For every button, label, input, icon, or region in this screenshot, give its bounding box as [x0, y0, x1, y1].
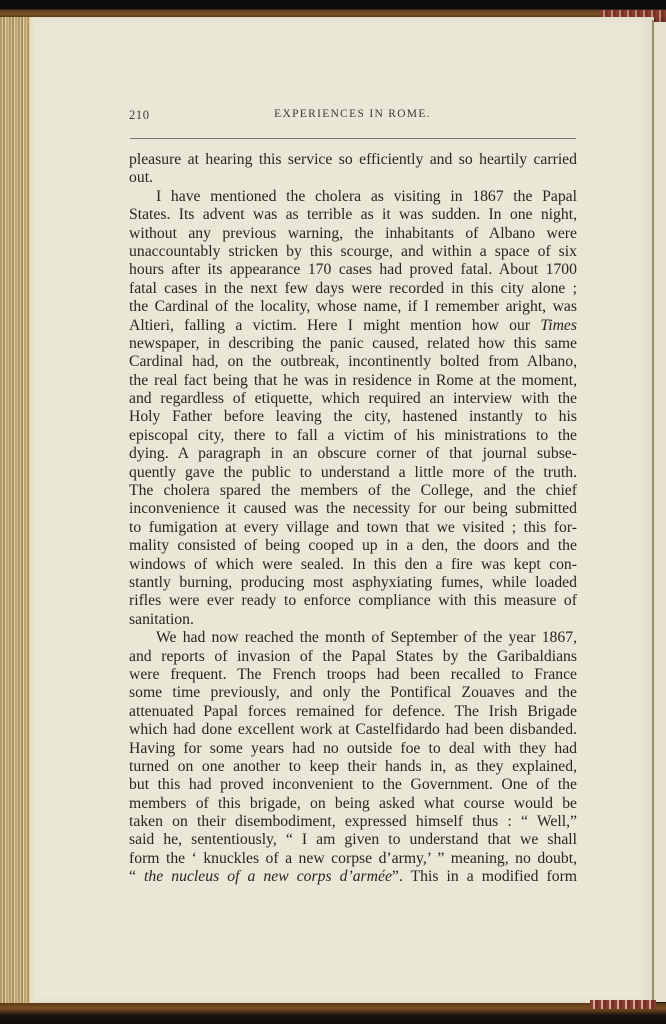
text-line-content: States. Its advent was as terrible as it… — [129, 206, 577, 223]
text-line-content: which had done excellent work at Castelf… — [129, 721, 577, 738]
text-line-content: turned on one another to keep their hand… — [129, 758, 577, 775]
text-line: but this had proved inconvenient to the … — [129, 776, 577, 794]
text-line: unaccountably stricken by this scourge, … — [129, 243, 577, 261]
text-line: and regardless of etiquette, which requi… — [129, 390, 577, 408]
text-line: rifles were ever ready to enforce compli… — [129, 592, 577, 610]
text-line-content: said he, sententiously, “ I am given to … — [129, 831, 577, 848]
text-line: the Cardinal of the locality, whose name… — [129, 298, 577, 316]
marbled-edge-bottom — [590, 1000, 656, 1009]
text-line: the real fact being that he was in resid… — [129, 372, 577, 390]
text-line-content: We had now reached the month of Septembe… — [156, 629, 577, 646]
text-line: newspaper, in describing the panic cause… — [129, 335, 577, 353]
text-line-content: the Cardinal of the locality, whose name… — [129, 298, 577, 315]
stacked-page-edges — [0, 17, 33, 1004]
text-line-content: members of this brigade, on being asked … — [129, 795, 577, 812]
text-line: inconvenience it caused was the necessit… — [129, 500, 577, 518]
italic-text: Times — [540, 317, 577, 334]
text-line-content: episcopal city, there to fall a victim o… — [129, 427, 577, 444]
text-line: Having for some years had no outside foe… — [129, 740, 577, 758]
text-line: Cardinal had, on the outbreak, incontine… — [129, 353, 577, 371]
text-line: taken on their disembodiment, expressed … — [129, 813, 577, 831]
text-line-content: the real fact being that he was in resid… — [129, 372, 577, 389]
text-line: attenuated Papal forces remained for def… — [129, 703, 577, 721]
text-line: mality consisted of being cooped up in a… — [129, 537, 577, 555]
text-line: members of this brigade, on being asked … — [129, 795, 577, 813]
text-line: without any previous warning, the inhabi… — [129, 225, 577, 243]
text-line-content: The cholera spared the members of the Co… — [129, 482, 577, 499]
text-line-content: attenuated Papal forces remained for def… — [129, 703, 577, 720]
text-line-content: pleasure at hearing this service so effi… — [129, 151, 577, 168]
italic-text: the nucleus of a new corps d’armée — [144, 868, 392, 885]
text-line-content: fatal cases in the next few days were re… — [129, 280, 577, 297]
text-line-content: dying. A paragraph in an obscure corner … — [129, 445, 577, 462]
body-text: pleasure at hearing this service so effi… — [129, 151, 577, 887]
text-line: to fumigation at every village and town … — [129, 519, 577, 537]
text-line: Altieri, falling a victim. Here I might … — [129, 317, 577, 335]
text-line: hours after its appearance 170 cases had… — [129, 261, 577, 279]
text-line: quently gave the public to understand a … — [129, 464, 577, 482]
text-line: and reports of invasion of the Papal Sta… — [129, 648, 577, 666]
text-line: The cholera spared the members of the Co… — [129, 482, 577, 500]
running-head: 210 EXPERIENCES IN ROME. — [129, 108, 576, 126]
text-line-content: were frequent. The French troops had bee… — [129, 666, 577, 683]
text-line: I have mentioned the cholera as visiting… — [129, 188, 577, 206]
book-cover-bottom-edge — [0, 1003, 666, 1024]
text-line-content: and regardless of etiquette, which requi… — [129, 390, 577, 407]
text-line-content: taken on their disembodiment, expressed … — [129, 813, 577, 830]
text-line: We had now reached the month of Septembe… — [129, 629, 577, 647]
text-line-content: Holy Father before leaving the city, has… — [129, 408, 577, 425]
text-line: turned on one another to keep their hand… — [129, 758, 577, 776]
text-line: fatal cases in the next few days were re… — [129, 280, 577, 298]
text-line: episcopal city, there to fall a victim o… — [129, 427, 577, 445]
text-line: some time previously, and only the Ponti… — [129, 684, 577, 702]
text-line-content: ”. This in a modified form — [392, 868, 577, 885]
text-line: stantly burning, producing most asphyxia… — [129, 574, 577, 592]
text-line: were frequent. The French troops had bee… — [129, 666, 577, 684]
text-line-content: and reports of invasion of the Papal Sta… — [129, 648, 577, 665]
text-line-content: some time previously, and only the Ponti… — [129, 684, 577, 701]
text-line: out. — [129, 169, 577, 187]
text-line: “ the nucleus of a new corps d’armée”. T… — [129, 868, 577, 886]
header-rule — [130, 138, 576, 139]
text-line: pleasure at hearing this service so effi… — [129, 151, 577, 169]
text-line-content: inconvenience it caused was the necessit… — [129, 500, 577, 517]
text-line-content: without any previous warning, the inhabi… — [129, 225, 577, 242]
text-line-content: rifles were ever ready to enforce compli… — [129, 592, 577, 609]
text-line-content: to fumigation at every village and town … — [129, 519, 577, 536]
text-line-content: newspaper, in describing the panic cause… — [129, 335, 577, 352]
text-line-content: mality consisted of being cooped up in a… — [129, 537, 577, 554]
text-line-content: but this had proved inconvenient to the … — [129, 776, 577, 793]
text-line-content: Altieri, falling a victim. Here I might … — [129, 317, 540, 334]
text-line: Holy Father before leaving the city, has… — [129, 408, 577, 426]
text-line: windows of which were sealed. In this de… — [129, 556, 577, 574]
text-line: form the ‘ knuckles of a new corpse d’ar… — [129, 850, 577, 868]
text-line: sanitation. — [129, 611, 577, 629]
text-line: dying. A paragraph in an obscure corner … — [129, 445, 577, 463]
text-line-content: form the ‘ knuckles of a new corpse d’ar… — [129, 850, 577, 867]
facing-page-edge — [654, 22, 666, 1002]
text-line-content: quently gave the public to understand a … — [129, 464, 577, 481]
text-line-content: I have mentioned the cholera as visiting… — [156, 188, 577, 205]
text-line: which had done excellent work at Castelf… — [129, 721, 577, 739]
text-line-content: hours after its appearance 170 cases had… — [129, 261, 577, 278]
text-line-content: Having for some years had no outside foe… — [129, 740, 577, 757]
book-cover-top-edge — [0, 0, 666, 18]
running-title: EXPERIENCES IN ROME. — [129, 108, 576, 120]
text-line-content: stantly burning, producing most asphyxia… — [129, 574, 577, 591]
text-line-content: unaccountably stricken by this scourge, … — [129, 243, 577, 260]
text-line-content: out. — [129, 169, 153, 186]
text-line-content: sanitation. — [129, 611, 194, 628]
text-line: said he, sententiously, “ I am given to … — [129, 831, 577, 849]
text-line-content: windows of which were sealed. In this de… — [129, 556, 577, 573]
text-line: States. Its advent was as terrible as it… — [129, 206, 577, 224]
text-line-content: “ — [129, 868, 144, 885]
text-line-content: Cardinal had, on the outbreak, incontine… — [129, 353, 577, 370]
